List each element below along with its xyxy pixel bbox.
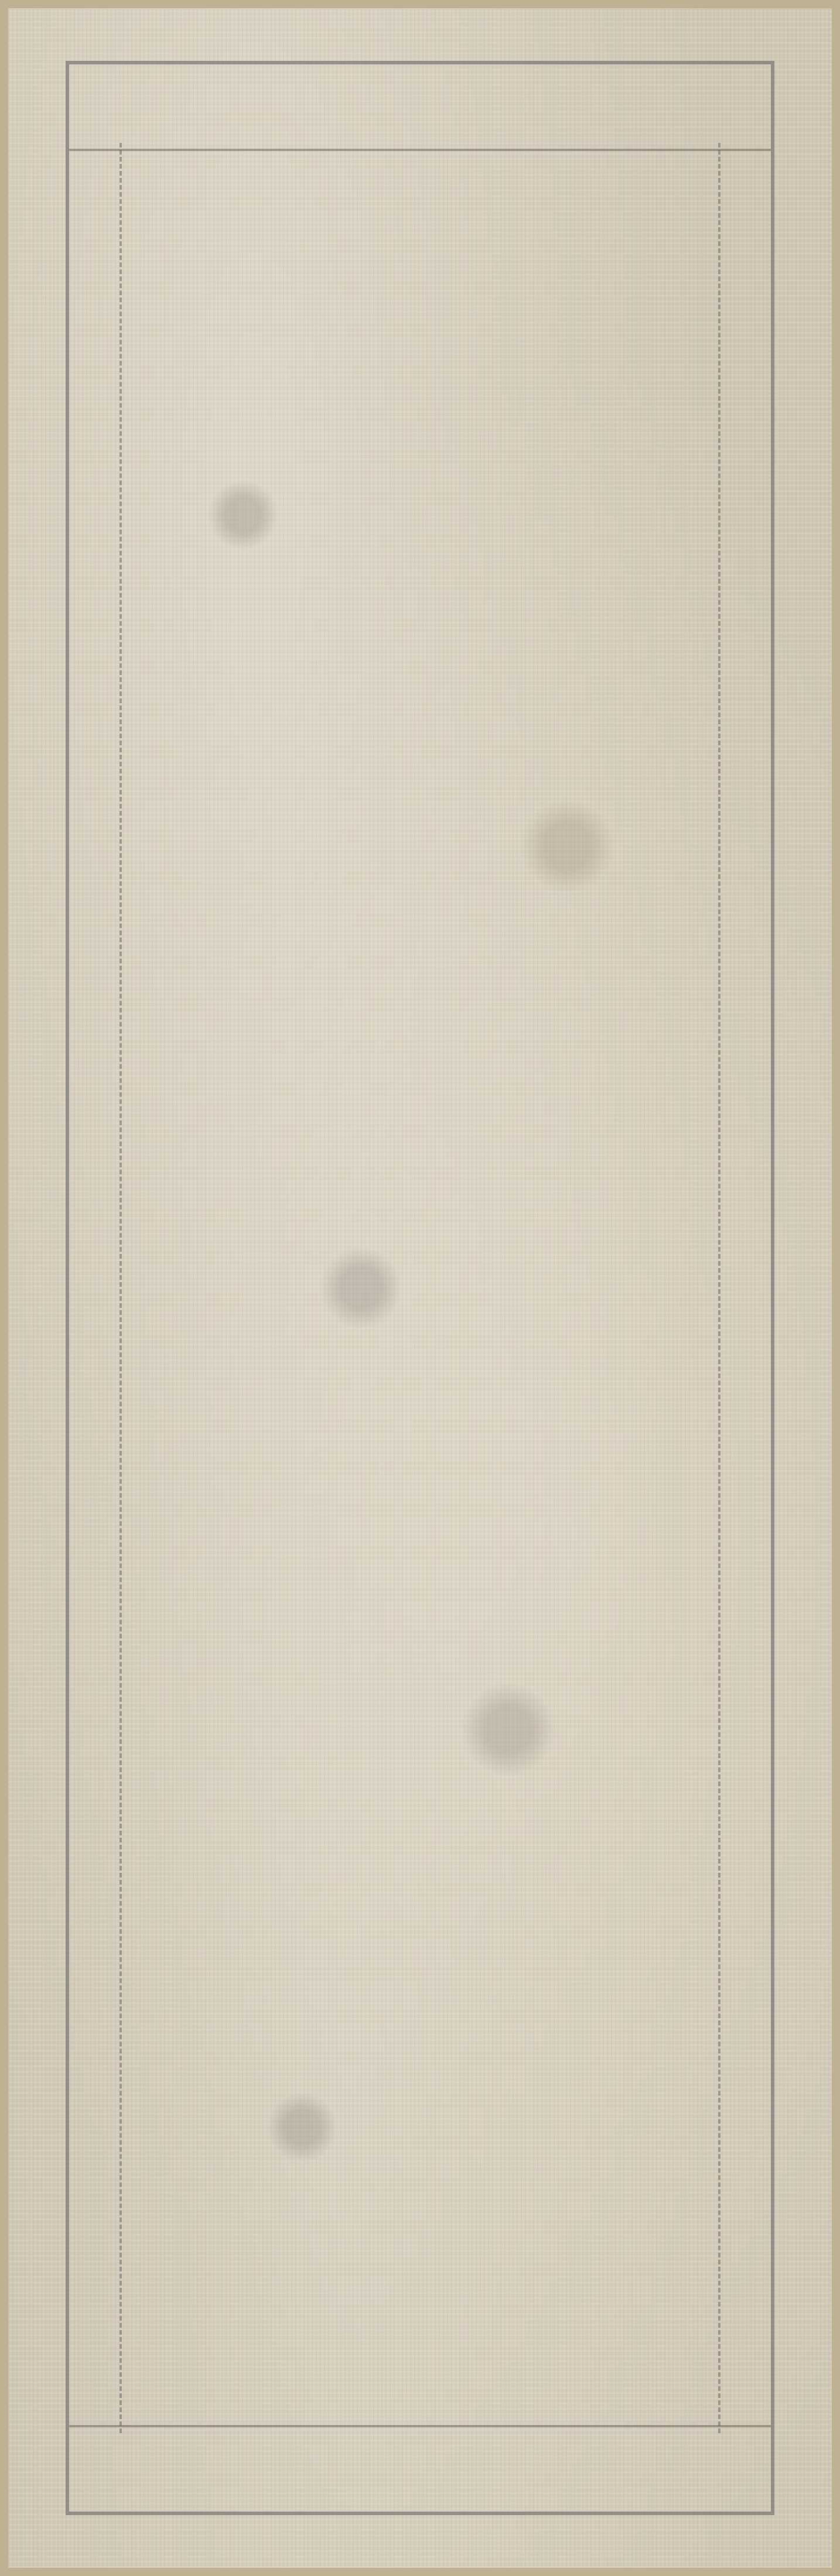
rug-inner-border (119, 143, 721, 2433)
rug-bottom-band (69, 2425, 771, 2427)
runner-rug (0, 0, 840, 2576)
rug-top-band (69, 149, 771, 151)
